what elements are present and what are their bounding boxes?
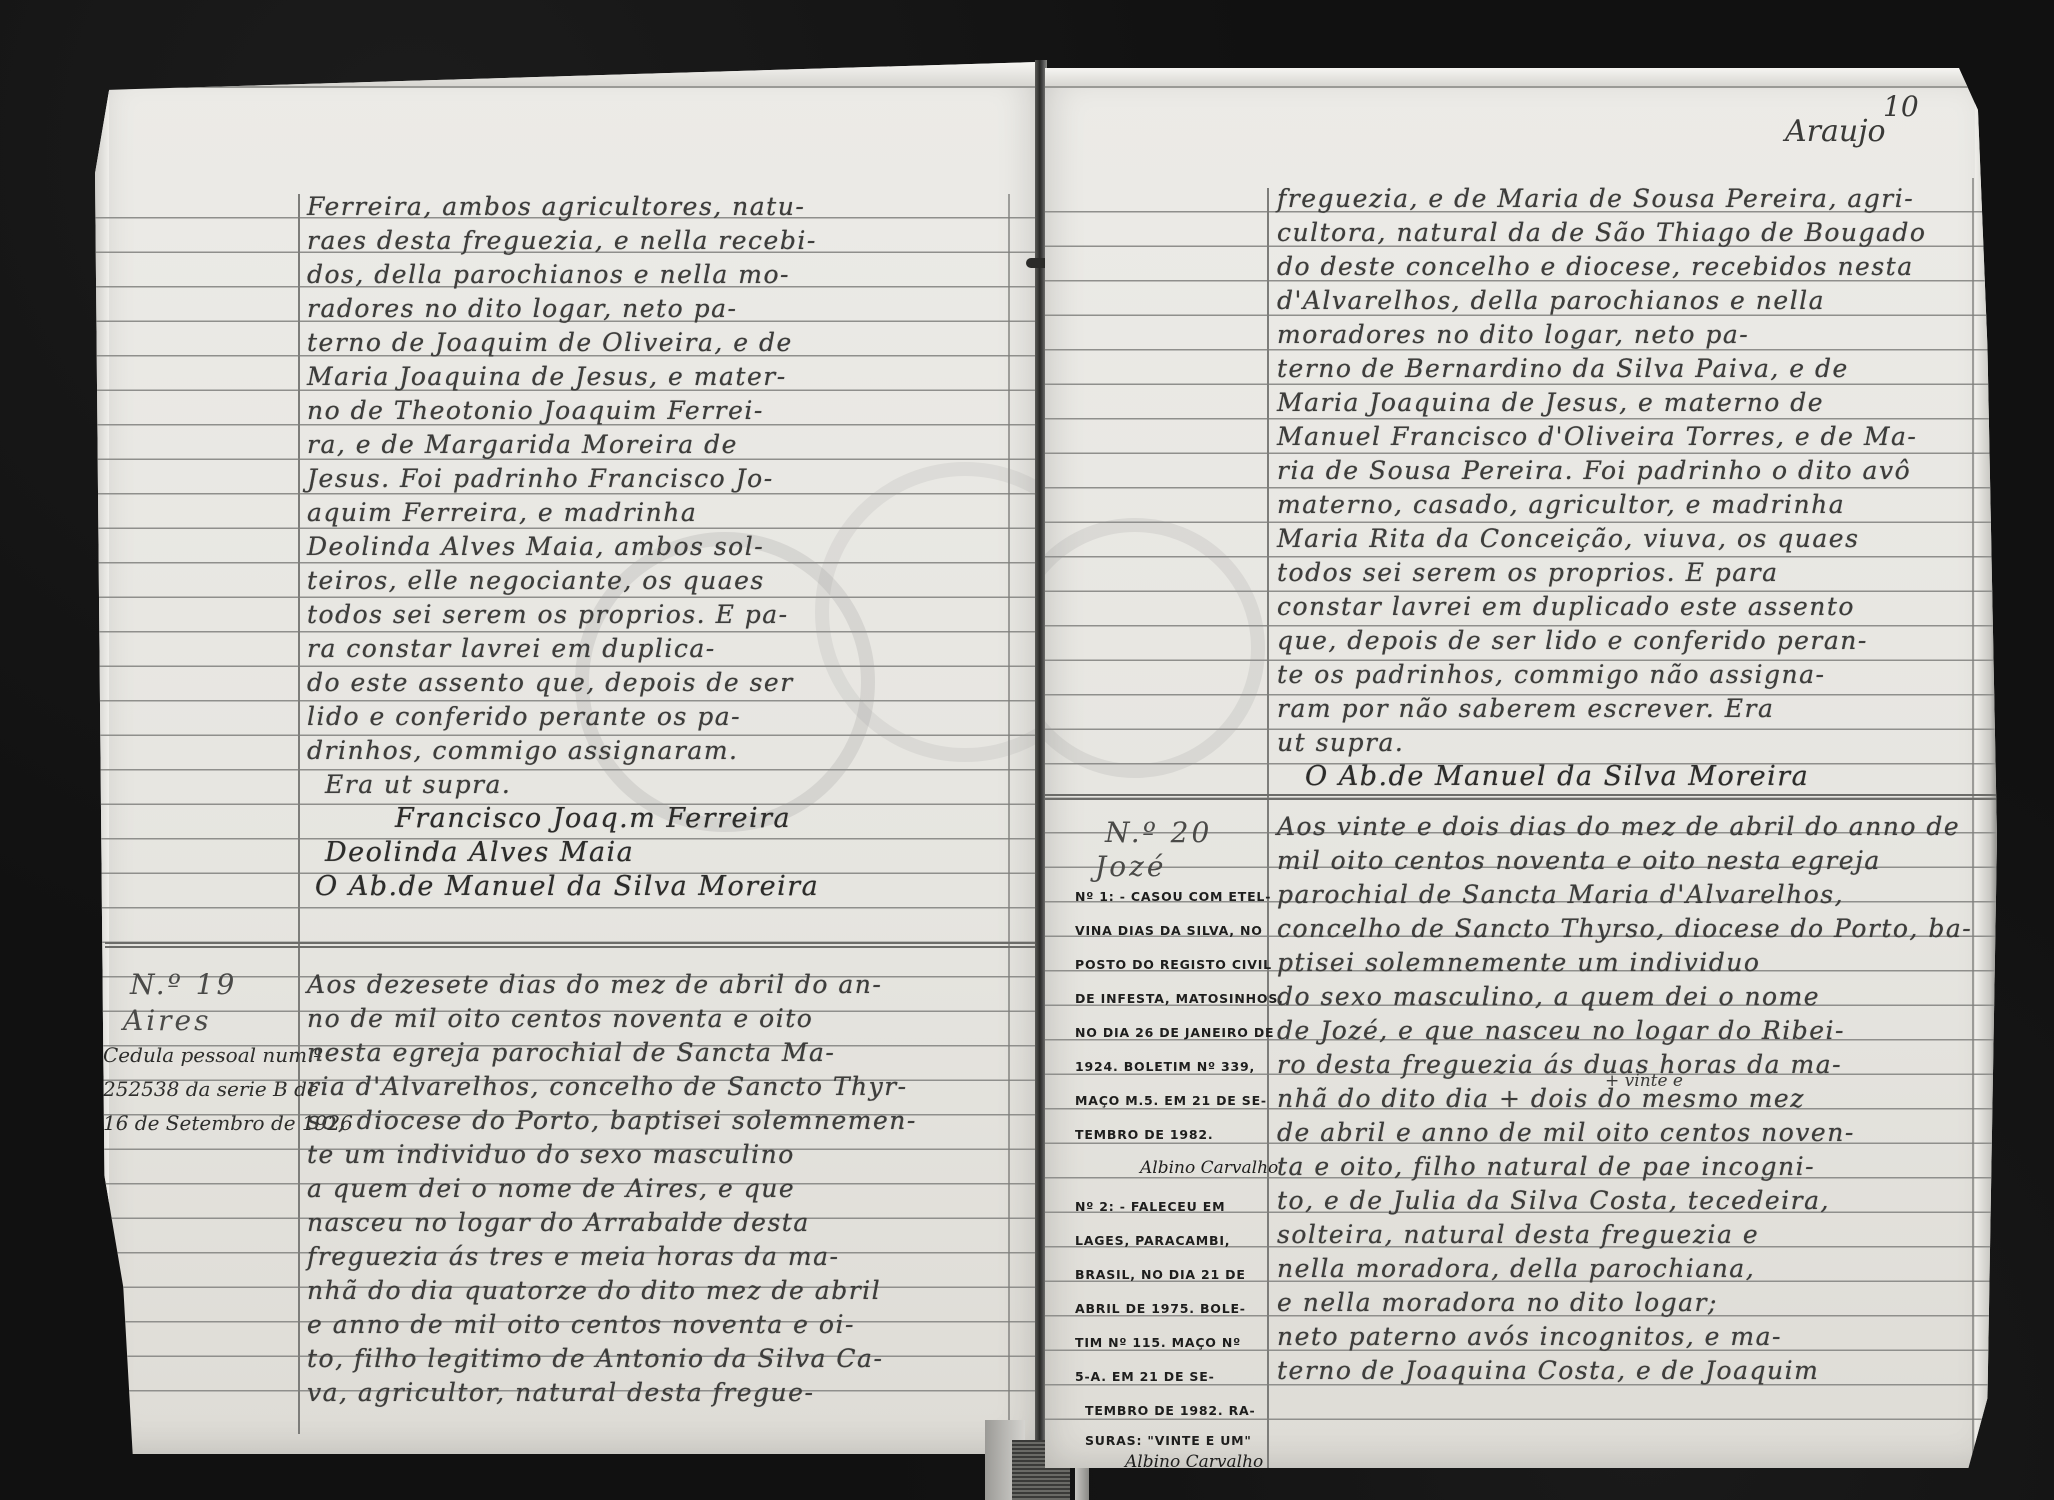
folio-annotation: Araujo <box>1785 114 1886 149</box>
text-line: terno de Joaquina Costa, e de Joaquim <box>1277 1354 1819 1388</box>
annotation-line: Maço M.5. Em 21 de Se- <box>1075 1084 1267 1118</box>
annotation-line: Nº 2: - Faleceu em <box>1075 1190 1225 1224</box>
text-line: nhã do dia quatorze do dito mez de abril <box>307 1274 881 1308</box>
annotation-line: Posto do Registo Civil <box>1075 948 1272 982</box>
text-line: que, depois de ser lido e conferido pera… <box>1277 624 1868 658</box>
text-line: so, diocese do Porto, baptisei solemneme… <box>307 1104 917 1138</box>
text-line: no de Theotonio Joaquim Ferrei- <box>307 394 764 428</box>
text-line: Deolinda Alves Maia, ambos sol- <box>307 530 764 564</box>
text-line: drinhos, commigo assignaram. <box>307 734 738 768</box>
text-line: Maria Joaquina de Jesus, e materno de <box>1277 386 1824 420</box>
text-line: e nella moradora no dito logar; <box>1277 1286 1718 1320</box>
text-line: lido e conferido perante os pa- <box>307 700 741 734</box>
annotation-line: 1924. Boletim Nº 339, <box>1075 1050 1255 1084</box>
text-line: ut supra. <box>1277 726 1404 760</box>
text-line: va, agricultor, natural desta fregue- <box>307 1376 814 1410</box>
entry-divider <box>105 942 1035 948</box>
text-line: Jesus. Foi padrinho Francisco Jo- <box>307 462 774 496</box>
text-line: freguezia ás tres e meia horas da ma- <box>307 1240 839 1274</box>
text-line: ria de Sousa Pereira. Foi padrinho o dit… <box>1277 454 1911 488</box>
signature: O Ab.de Manuel da Silva Moreira <box>315 870 819 904</box>
annotation-line: Abril de 1975. Bole- <box>1075 1292 1246 1326</box>
folio-number: 10 <box>1883 90 1919 123</box>
text-line: to, filho legitimo de Antonio da Silva C… <box>307 1342 883 1376</box>
annotation-line: tembro de 1982. <box>1075 1118 1213 1152</box>
text-line: de abril e anno de mil oito centos noven… <box>1277 1116 1855 1150</box>
text-line: aquim Ferreira, e madrinha <box>307 496 697 530</box>
text-line: Maria Rita da Conceição, viuva, os quaes <box>1277 522 1859 556</box>
right-page: 10 Araujo freguezia, e de Maria de Sousa… <box>1045 68 1997 1468</box>
text-line: neto paterno avós incognitos, e ma- <box>1277 1320 1782 1354</box>
text-line: nesta egreja parochial de Sancta Ma- <box>307 1036 835 1070</box>
annotation-signature: Albino Carvalho <box>1140 1158 1278 1178</box>
text-line: ptisei solemnemente um individuo <box>1277 946 1760 980</box>
text-line: nhã do dito dia + dois do mesmo mez <box>1277 1082 1805 1116</box>
text-line: te os padrinhos, commigo não assigna- <box>1277 658 1825 692</box>
text-line: te um individuo do sexo masculino <box>307 1138 795 1172</box>
entry-number: N.º 20 <box>1105 816 1212 849</box>
annotation-line: vina Dias da Silva, no <box>1075 914 1263 948</box>
text-line: a quem dei o nome de Aires, e que <box>307 1172 795 1206</box>
annotation-line: tim Nº 115. Maço Nº <box>1075 1326 1241 1360</box>
text-line: de Jozé, e que nasceu no logar do Ribei- <box>1277 1014 1845 1048</box>
annotation-signature: Albino Carvalho <box>1125 1452 1263 1468</box>
text-line: nella moradora, della parochiana, <box>1277 1252 1755 1286</box>
text-line: e anno de mil oito centos noventa e oi- <box>307 1308 855 1342</box>
text-line: Era ut supra. <box>325 768 511 802</box>
margin-note-cedula: Cedula pessoal num.º <box>103 1038 323 1072</box>
page-top-edge <box>1045 68 1997 88</box>
text-line: cultora, natural da de São Thiago de Bou… <box>1277 216 1926 250</box>
text-line: Maria Joaquina de Jesus, e mater- <box>307 360 787 394</box>
left-page: Ferreira, ambos agricultores, natu- raes… <box>95 62 1037 1454</box>
text-line: ra constar lavrei em duplica- <box>307 632 716 666</box>
text-line: todos sei serem os proprios. E pa- <box>307 598 789 632</box>
text-line: to, e de Julia da Silva Costa, tecedeira… <box>1277 1184 1830 1218</box>
text-line: ra, e de Margarida Moreira de <box>307 428 738 462</box>
text-line: ro desta freguezia ás duas horas da ma- <box>1277 1048 1842 1082</box>
text-line: do sexo masculino, a quem dei o nome <box>1277 980 1820 1014</box>
text-line: do deste concelho e diocese, recebidos n… <box>1277 250 1914 284</box>
text-line: Ferreira, ambos agricultores, natu- <box>307 190 805 224</box>
annotation-line: de Infesta, Matosinhos, <box>1075 982 1284 1016</box>
text-line: d'Alvarelhos, della parochianos e nella <box>1277 284 1825 318</box>
right-margin-rule <box>1972 178 1974 1468</box>
annotation-line: Nº 1: - Casou com Etel- <box>1075 880 1271 914</box>
text-line: parochial de Sancta Maria d'Alvarelhos, <box>1277 878 1844 912</box>
text-line: todos sei serem os proprios. E para <box>1277 556 1779 590</box>
text-line: ria d'Alvarelhos, concelho de Sancto Thy… <box>307 1070 908 1104</box>
text-line: ram por não saberem escrever. Era <box>1277 692 1774 726</box>
text-line: no de mil oito centos noventa e oito <box>307 1002 813 1036</box>
text-line: constar lavrei em duplicado este assento <box>1277 590 1855 624</box>
text-line: do este assento que, depois de ser <box>307 666 794 700</box>
text-line: Aos dezesete dias do mez de abril do an- <box>307 968 882 1002</box>
signature: Francisco Joaq.m Ferreira <box>395 802 791 836</box>
annotation-line: 5-A. Em 21 de Se- <box>1075 1360 1215 1394</box>
annotation-line: no dia 26 de Janeiro de <box>1075 1016 1274 1050</box>
text-line: moradores no dito logar, neto pa- <box>1277 318 1749 352</box>
entry-number: N.º 19 <box>130 968 237 1001</box>
signature: Deolinda Alves Maia <box>325 836 634 870</box>
text-line: materno, casado, agricultor, e madrinha <box>1277 488 1845 522</box>
text-line: dos, della parochianos e nella mo- <box>307 258 790 292</box>
text-line: nasceu no logar do Arrabalde desta <box>307 1206 810 1240</box>
text-line: solteira, natural desta freguezia e <box>1277 1218 1759 1252</box>
signature: O Ab.de Manuel da Silva Moreira <box>1305 760 1809 794</box>
text-line: terno de Bernardino da Silva Paiva, e de <box>1277 352 1849 386</box>
text-line: teiros, elle negociante, os quaes <box>307 564 765 598</box>
text-line: terno de Joaquim de Oliveira, e de <box>307 326 793 360</box>
text-line: freguezia, e de Maria de Sousa Pereira, … <box>1277 182 1914 216</box>
margin-column-rule <box>1267 188 1269 1468</box>
annotation-line: tembro de 1982. Ra- <box>1085 1394 1255 1428</box>
right-margin-rule <box>1008 194 1010 1454</box>
entry-baptized-name: Jozé <box>1095 850 1166 883</box>
entry-divider <box>1045 794 1997 800</box>
text-line: mil oito centos noventa e oito nesta egr… <box>1277 844 1881 878</box>
text-line: raes desta freguezia, e nella recebi- <box>307 224 817 258</box>
text-line: concelho de Sancto Thyrso, diocese do Po… <box>1277 912 1972 946</box>
text-line: Aos vinte e dois dias do mez de abril do… <box>1277 810 1960 844</box>
text-line: ta e oito, filho natural de pae incogni- <box>1277 1150 1815 1184</box>
margin-note-cedula: 252538 da serie B de <box>103 1072 319 1106</box>
annotation-line: Brasil, no dia 21 de <box>1075 1258 1246 1292</box>
annotation-line: Lages, Paracambi, <box>1075 1224 1230 1258</box>
margin-column-rule <box>298 194 300 1434</box>
text-line: radores no dito logar, neto pa- <box>307 292 737 326</box>
text-line: Manuel Francisco d'Oliveira Torres, e de… <box>1277 420 1917 454</box>
entry-baptized-name: Aires <box>123 1004 212 1037</box>
